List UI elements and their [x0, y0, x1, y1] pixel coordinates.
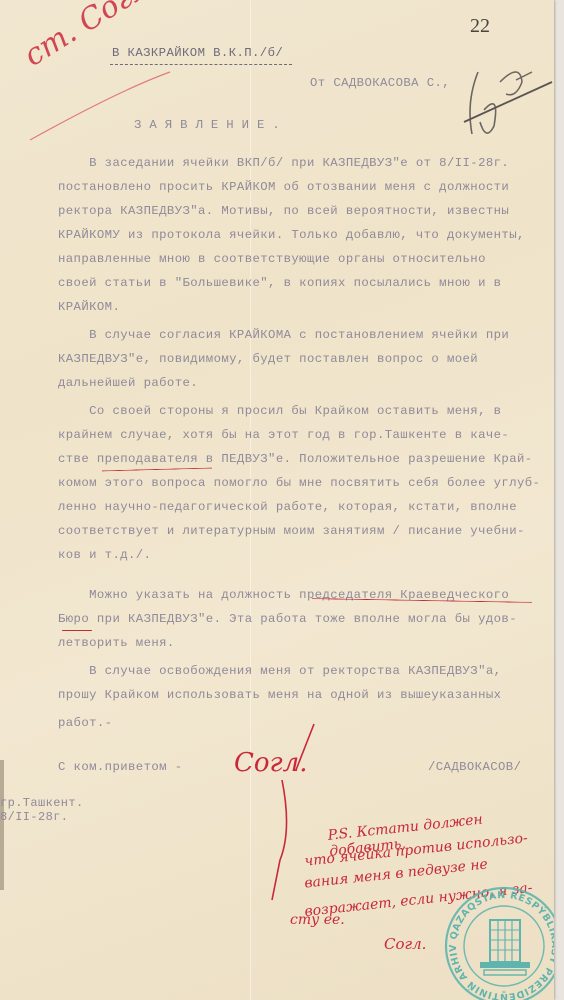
postscript-signature: Согл.	[384, 935, 426, 953]
archive-stamp-icon: QAZAQSTAN RESPÝBLIKASY PREZIDENTINIŃ ARH…	[442, 884, 554, 1000]
document-page: 22 ст. Согл. В КАЗКРАЙКОМ В.К.П./б/ От С…	[0, 0, 554, 1000]
postscript-line: сту ее.	[290, 912, 345, 928]
svg-text:*: *	[502, 989, 506, 998]
